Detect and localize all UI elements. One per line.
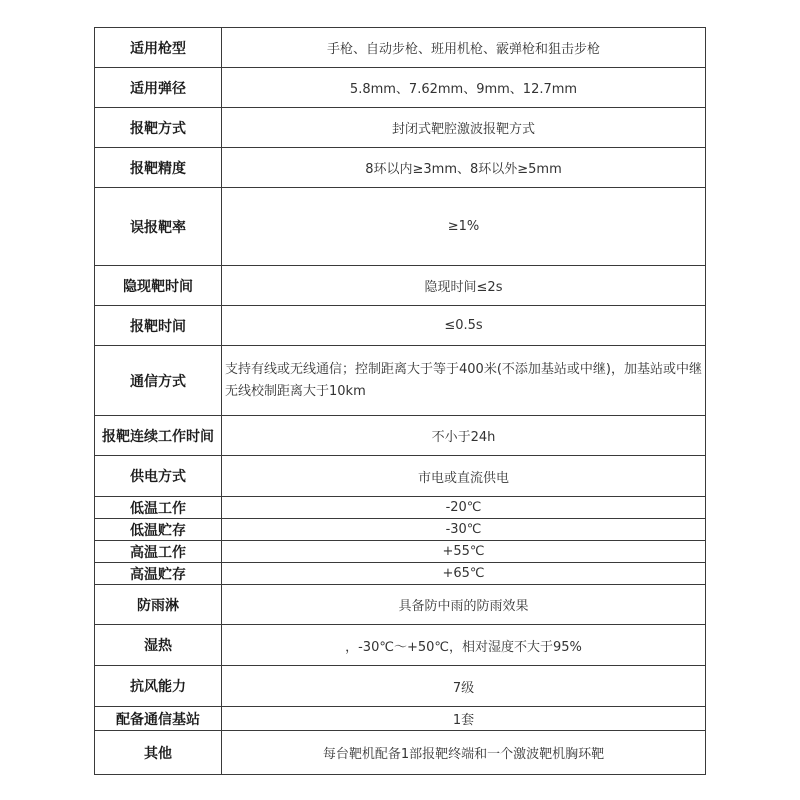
row-label: 误报靶率 <box>95 188 222 266</box>
row-label: 湿热 <box>95 625 222 666</box>
row-label: 配备通信基站 <box>95 707 222 731</box>
row-value: 封闭式靶腔激波报靶方式 <box>222 108 706 148</box>
row-value: 支持有线或无线通信；控制距离大于等于400米(不添加基站或中继)，加基站或中继无… <box>222 346 706 416</box>
table-row: 高温贮存+65℃ <box>95 563 706 585</box>
table-row: 配备通信基站1套 <box>95 707 706 731</box>
table-row: 适用弹径5.8mm、7.62mm、9mm、12.7mm <box>95 68 706 108</box>
table-row: 误报靶率≥1% <box>95 188 706 266</box>
row-value: 5.8mm、7.62mm、9mm、12.7mm <box>222 68 706 108</box>
row-value: ，-30℃～+50℃，相对湿度不大于95% <box>222 625 706 666</box>
row-value: -20℃ <box>222 497 706 519</box>
row-label: 抗风能力 <box>95 666 222 707</box>
row-label: 其他 <box>95 731 222 775</box>
table-row: 隐现靶时间隐现时间≤2s <box>95 266 706 306</box>
row-value: 8环以内≥3mm、8环以外≥5mm <box>222 148 706 188</box>
row-label: 低温工作 <box>95 497 222 519</box>
table-row: 高温工作+55℃ <box>95 541 706 563</box>
table-row: 供电方式市电或直流供电 <box>95 456 706 497</box>
row-value: 1套 <box>222 707 706 731</box>
table-row: 抗风能力7级 <box>95 666 706 707</box>
spec-table: 适用枪型手枪、自动步枪、班用机枪、霰弹枪和狙击步枪 适用弹径5.8mm、7.62… <box>94 27 706 775</box>
table-row: 低温贮存-30℃ <box>95 519 706 541</box>
row-value: 7级 <box>222 666 706 707</box>
row-label: 报靶时间 <box>95 306 222 346</box>
row-value: ≤0.5s <box>222 306 706 346</box>
row-label: 适用弹径 <box>95 68 222 108</box>
row-value: +65℃ <box>222 563 706 585</box>
row-value: -30℃ <box>222 519 706 541</box>
row-value: +55℃ <box>222 541 706 563</box>
table-row: 低温工作-20℃ <box>95 497 706 519</box>
row-label: 报靶精度 <box>95 148 222 188</box>
spec-table-body: 适用枪型手枪、自动步枪、班用机枪、霰弹枪和狙击步枪 适用弹径5.8mm、7.62… <box>95 28 706 775</box>
row-label: 适用枪型 <box>95 28 222 68</box>
row-value: 市电或直流供电 <box>222 456 706 497</box>
row-label: 报靶连续工作时间 <box>95 416 222 456</box>
table-row: 通信方式支持有线或无线通信；控制距离大于等于400米(不添加基站或中继)，加基站… <box>95 346 706 416</box>
row-label: 高温贮存 <box>95 563 222 585</box>
row-label: 报靶方式 <box>95 108 222 148</box>
table-row: 报靶方式封闭式靶腔激波报靶方式 <box>95 108 706 148</box>
table-row: 湿热，-30℃～+50℃，相对湿度不大于95% <box>95 625 706 666</box>
table-row: 适用枪型手枪、自动步枪、班用机枪、霰弹枪和狙击步枪 <box>95 28 706 68</box>
table-row: 防雨淋具备防中雨的防雨效果 <box>95 585 706 625</box>
row-label: 供电方式 <box>95 456 222 497</box>
row-label: 低温贮存 <box>95 519 222 541</box>
row-value: 手枪、自动步枪、班用机枪、霰弹枪和狙击步枪 <box>222 28 706 68</box>
table-row: 报靶时间≤0.5s <box>95 306 706 346</box>
table-row: 报靶精度8环以内≥3mm、8环以外≥5mm <box>95 148 706 188</box>
row-value: 隐现时间≤2s <box>222 266 706 306</box>
row-value: ≥1% <box>222 188 706 266</box>
row-label: 防雨淋 <box>95 585 222 625</box>
table-row: 报靶连续工作时间不小于24h <box>95 416 706 456</box>
row-value: 具备防中雨的防雨效果 <box>222 585 706 625</box>
table-row: 其他每台靶机配备1部报靶终端和一个激波靶机胸环靶 <box>95 731 706 775</box>
row-label: 高温工作 <box>95 541 222 563</box>
row-value: 不小于24h <box>222 416 706 456</box>
row-value: 每台靶机配备1部报靶终端和一个激波靶机胸环靶 <box>222 731 706 775</box>
row-label: 通信方式 <box>95 346 222 416</box>
row-label: 隐现靶时间 <box>95 266 222 306</box>
